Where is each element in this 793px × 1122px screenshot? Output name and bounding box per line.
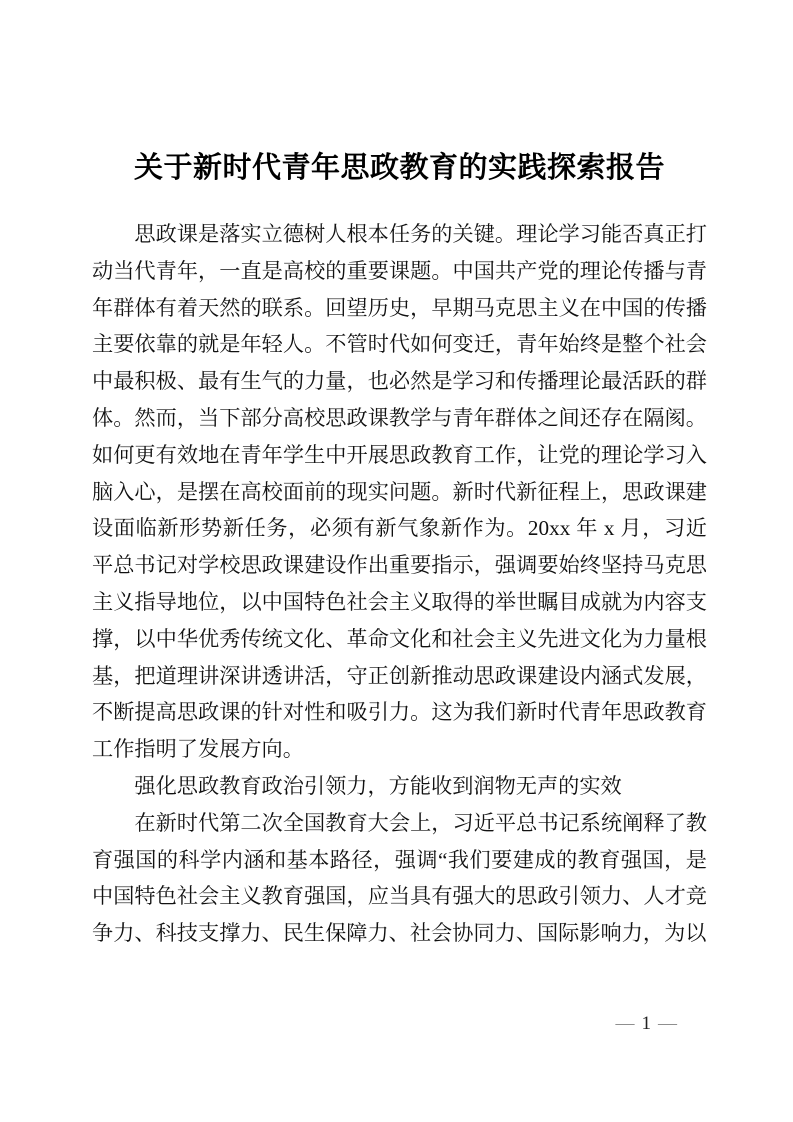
paragraph-section-body: 在新时代第二次全国教育大会上，习近平总书记系统阐释了教育强国的科学内涵和基本路径… — [92, 805, 707, 952]
footer-right-dash: — — [658, 1013, 677, 1034]
page-number: 1 — [635, 1013, 659, 1034]
footer-left-dash: — — [616, 1013, 635, 1034]
paragraph-intro: 思政课是落实立德树人根本任务的关键。理论学习能否真正打动当代青年，一直是高校的重… — [92, 216, 707, 768]
section-heading: 强化思政教育政治引领力，方能收到润物无声的实效 — [92, 768, 707, 805]
document-body: 思政课是落实立德树人根本任务的关键。理论学习能否真正打动当代青年，一直是高校的重… — [92, 216, 707, 952]
page-number-footer: —1— — [616, 1013, 678, 1035]
document-title: 关于新时代青年思政教育的实践探索报告 — [92, 146, 707, 190]
document-page: 关于新时代青年思政教育的实践探索报告 思政课是落实立德树人根本任务的关键。理论学… — [0, 0, 793, 1122]
page-content: 关于新时代青年思政教育的实践探索报告 思政课是落实立德树人根本任务的关键。理论学… — [92, 0, 707, 952]
